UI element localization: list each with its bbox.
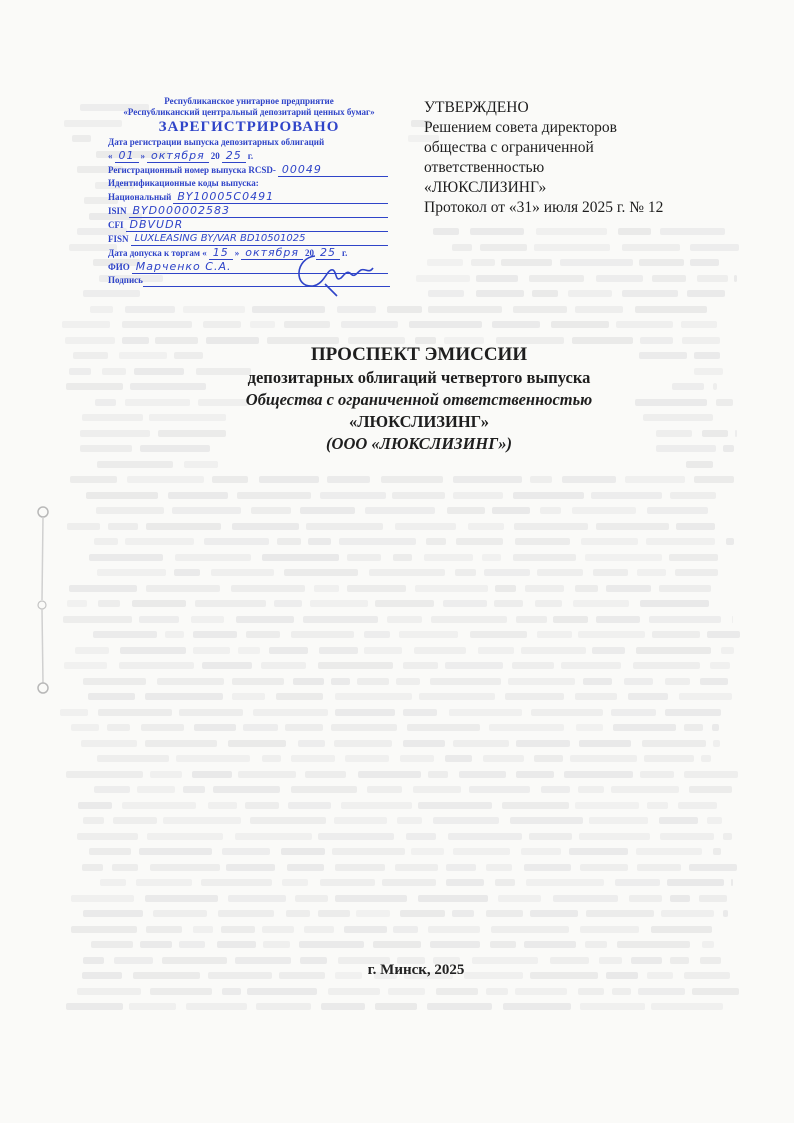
city-year: г. Минск, 2025 (0, 962, 794, 979)
stamp-cfi: CFI DBVUDR (108, 218, 390, 232)
stamp-fisn: FISN LUXLEASING BY/VAR BD10501025 (108, 232, 390, 246)
national-code: BY10005C0491 (173, 190, 388, 204)
stamp-national-code: Национальный BY10005C0491 (108, 190, 390, 204)
issuer-line: Общества с ограниченной ответственностью (0, 389, 794, 411)
binder-holes-icon (36, 505, 50, 695)
registration-year: 25 (222, 149, 246, 163)
title-block: ПРОСПЕКТ ЭМИССИИ депозитарных облигаций … (0, 343, 794, 455)
approval-line: «ЛЮКСЛИЗИНГ» (424, 178, 663, 198)
approval-line: общества с ограниченной (424, 138, 663, 158)
stamp-organization-line2: «Республиканский центральный депозитарий… (108, 107, 390, 118)
document-subtitle: депозитарных облигаций четвертого выпуск… (0, 367, 794, 389)
registration-month: октября (147, 149, 209, 163)
approval-line: ответственностью (424, 158, 663, 178)
registration-number: 00049 (278, 163, 388, 177)
stamp-registration-date-label: Дата регистрации выпуска депозитарных об… (108, 136, 390, 149)
approval-line: Решением совета директоров (424, 118, 663, 138)
approval-heading: УТВЕРЖДЕНО (424, 98, 663, 118)
document-page: Республиканское унитарное предприятие «Р… (0, 0, 794, 1123)
document-title: ПРОСПЕКТ ЭМИССИИ (0, 343, 794, 367)
stamp-organization-line1: Республиканское унитарное предприятие (108, 96, 390, 107)
stamp-isin: ISIN BYD000002583 (108, 204, 390, 218)
registration-day: 01 (115, 149, 139, 163)
cfi-code: DBVUDR (126, 218, 389, 232)
signature-icon (285, 248, 385, 298)
issuer-short-name: (ООО «ЛЮКСЛИЗИНГ») (0, 433, 794, 455)
stamp-identification-codes-label: Идентификационные коды выпуска: (108, 177, 390, 190)
trading-day: 15 (209, 246, 233, 260)
approval-protocol: Протокол от «31» июля 2025 г. № 12 (424, 198, 663, 218)
fisn-code: LUXLEASING BY/VAR BD10501025 (131, 232, 388, 246)
isin-code: BYD000002583 (129, 204, 388, 218)
stamp-registration-date: «01» октября 20 25 г. (108, 149, 390, 163)
issuer-name: «ЛЮКСЛИЗИНГ» (0, 411, 794, 433)
stamp-status: ЗАРЕГИСТРИРОВАНО (108, 119, 390, 136)
stamp-registration-number: Регистрационный номер выпуска RCSD- 0004… (108, 163, 390, 177)
approval-block: УТВЕРЖДЕНО Решением совета директоров об… (424, 98, 663, 218)
